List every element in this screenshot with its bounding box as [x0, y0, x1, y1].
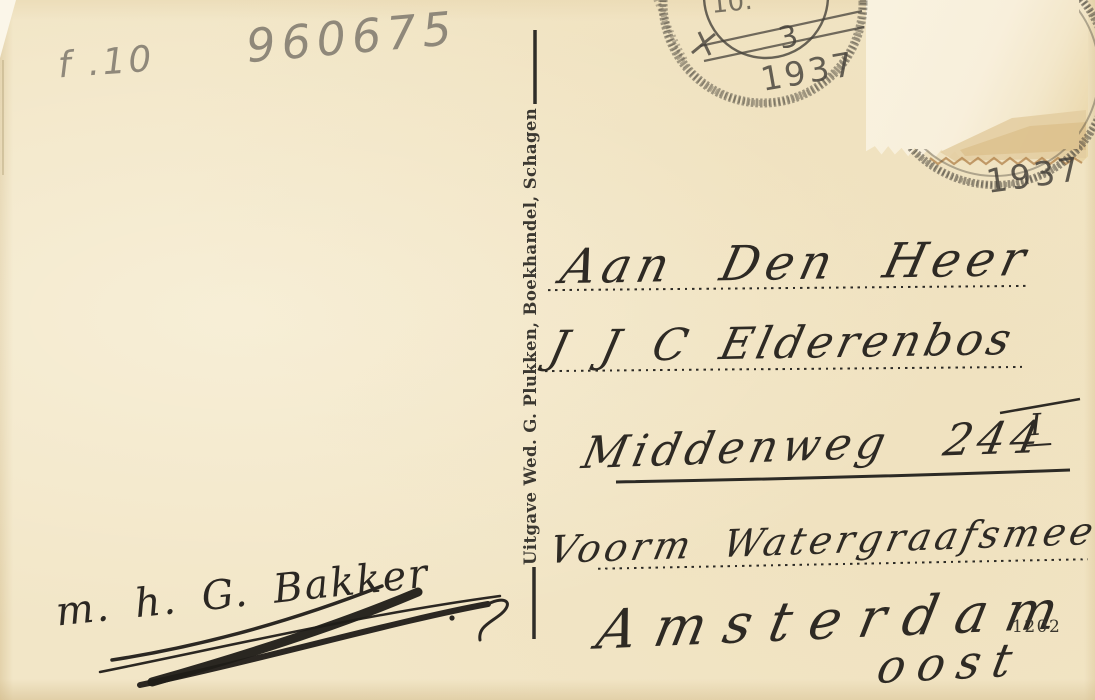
postcard-back: f .10 960675 Uitgave Wed. G. Plukken, Bo…	[0, 0, 1095, 700]
pencil-price-annotation: f .10	[57, 39, 156, 87]
stamp-perforation-line	[930, 158, 1082, 164]
scan-corner-artifact	[0, 0, 16, 58]
sender-signature: m. h. G. Bakker	[54, 551, 432, 636]
address-street: Middenweg 244	[582, 412, 1044, 479]
removed-stamp-patch	[866, 0, 1088, 168]
address-floor-indicator: I	[1021, 407, 1051, 447]
pencil-inventory-number: 960675	[244, 1, 460, 73]
address-district: Voorm Watergraafsmeer	[549, 508, 1095, 572]
address-salutation: Aan Den Heer	[562, 231, 1031, 295]
postmark-main: 10. 3 1937	[652, 0, 864, 103]
postmark-main-time-partial: 10.	[710, 0, 754, 20]
postmark-main-band-lower	[704, 27, 864, 61]
postmark-main-outer-ring-texture	[663, 0, 863, 103]
postmark-main-cross-icon	[692, 32, 715, 55]
address-city-suffix: oost	[877, 632, 1025, 694]
address-name: J J C Elderenbos	[550, 314, 1015, 373]
postmark-main-band-upper	[700, 11, 862, 46]
publisher-imprint: Uitgave Wed. G. Plukken, Boekhandel, Sch…	[521, 113, 540, 565]
postmark-main-inner-circle	[704, 0, 828, 58]
postmark-main-smudge-arc	[652, 0, 686, 62]
postmark-main-slot-number: 3	[775, 19, 801, 57]
postmark-main-year: 1937	[758, 44, 859, 99]
postmark-main-outer-ring	[663, 0, 863, 103]
card-print-number: 1202	[1012, 617, 1061, 637]
